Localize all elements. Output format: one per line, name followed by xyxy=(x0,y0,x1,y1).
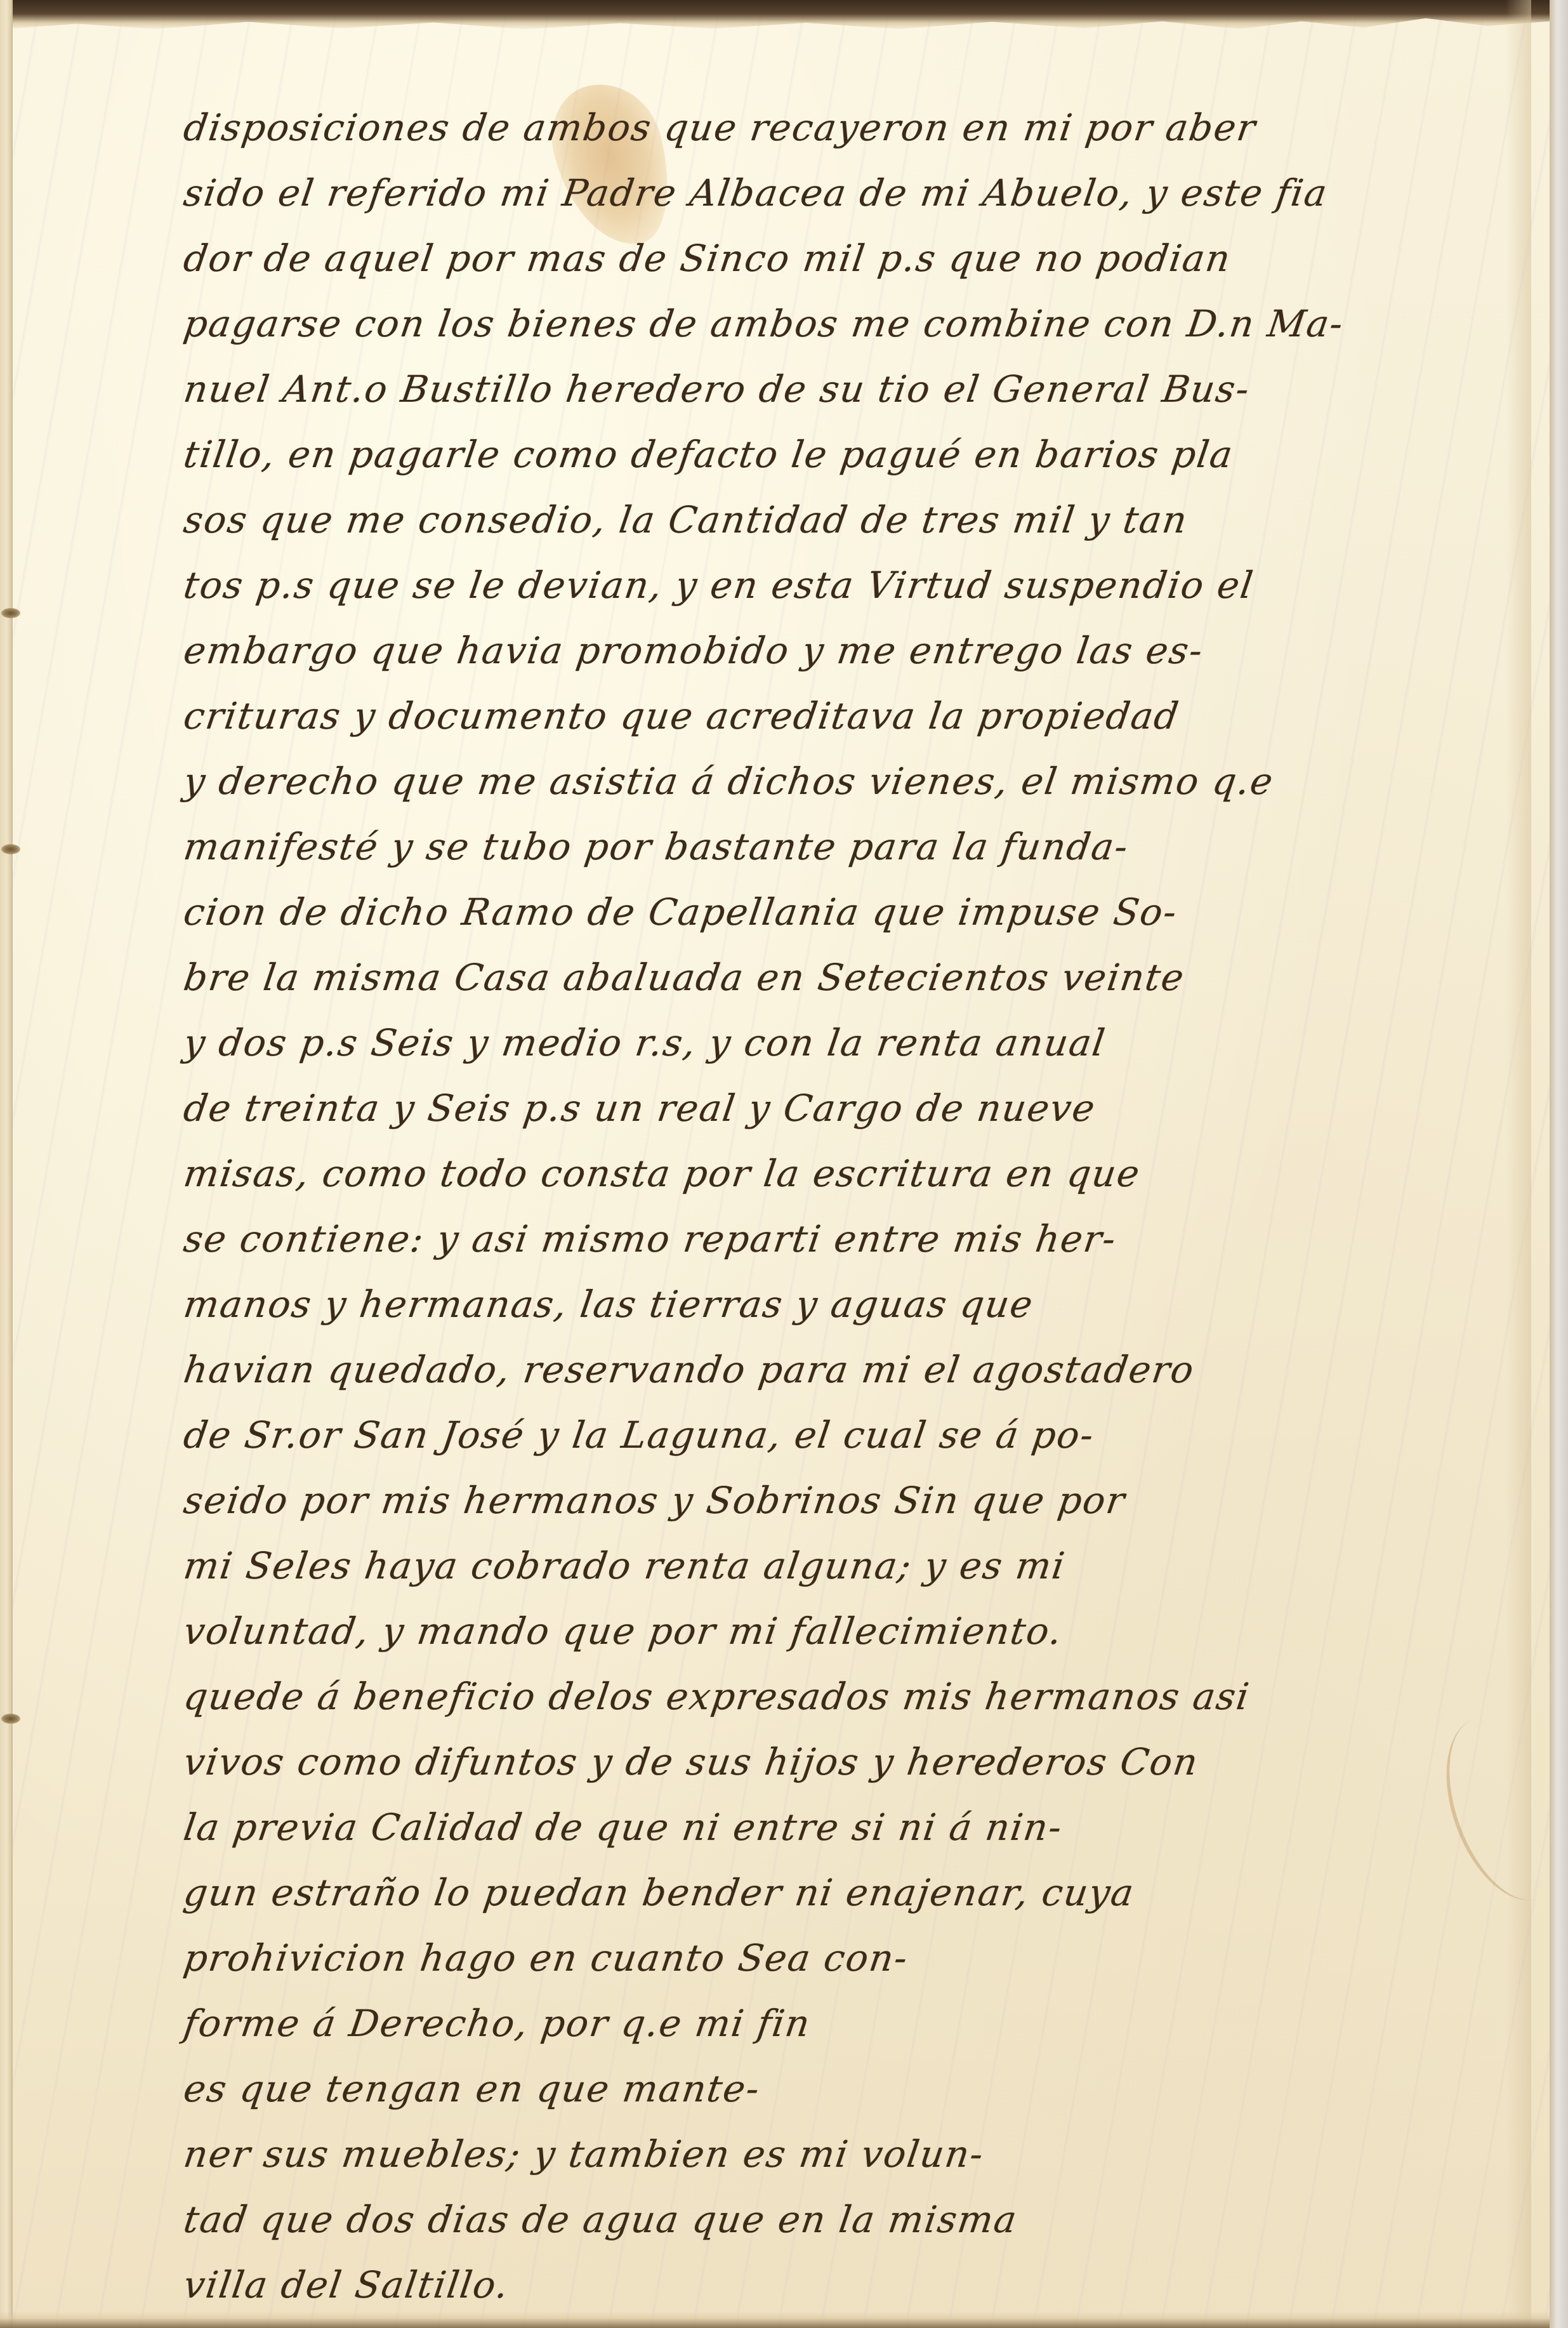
torn-top-edge xyxy=(0,0,1550,30)
page-curl-shadow xyxy=(1506,0,1531,2328)
text-line: tad que dos dias de agua que en la misma xyxy=(180,2187,1394,2252)
text-line: gun estraño lo puedan bender ni enajenar… xyxy=(180,1860,1394,1926)
text-line: y dos p.s Seis y medio r.s, y con la ren… xyxy=(180,1010,1394,1076)
text-line: y derecho que me asistia á dichos vienes… xyxy=(180,749,1394,814)
text-line: nuel Ant.o Bustillo heredero de su tio e… xyxy=(180,357,1394,422)
text-line: forme á Derecho, por q.e mi fin xyxy=(180,1991,1394,2056)
text-line: de treinta y Seis p.s un real y Cargo de… xyxy=(180,1076,1394,1141)
text-line: sido el referido mi Padre Albacea de mi … xyxy=(180,161,1394,226)
text-line: sos que me consedio, la Cantidad de tres… xyxy=(180,487,1394,553)
text-line: tillo, en pagarle como defacto le pagué … xyxy=(180,422,1394,487)
text-line: dor de aquel por mas de Sinco mil p.s qu… xyxy=(180,226,1394,291)
text-line: quede á beneficio delos expresados mis h… xyxy=(180,1664,1394,1729)
text-line: villa del Saltillo. xyxy=(180,2252,1394,2318)
text-line: manos y hermanas, las tierras y aguas qu… xyxy=(180,1272,1394,1337)
text-line: prohivicion hago en cuanto Sea con- xyxy=(180,1926,1394,1991)
binding-stitch xyxy=(1,1714,20,1724)
text-line: seido por mis hermanos y Sobrinos Sin qu… xyxy=(180,1468,1394,1533)
scan-background-edge xyxy=(1550,0,1568,2328)
binding-stitch xyxy=(1,608,20,618)
text-line: voluntad, y mando que por mi fallecimien… xyxy=(180,1599,1394,1664)
text-line: tos p.s que se le devian, y en esta Virt… xyxy=(180,553,1394,618)
text-line: cion de dicho Ramo de Capellania que imp… xyxy=(180,880,1394,945)
text-line: disposiciones de ambos que recayeron en … xyxy=(180,95,1394,161)
text-line: es que tengan en que mante- xyxy=(180,2056,1394,2122)
text-line: pagarse con los bienes de ambos me combi… xyxy=(180,291,1394,357)
text-line: crituras y documento que acreditava la p… xyxy=(180,684,1394,749)
text-line: bre la misma Casa abaluada en Seteciento… xyxy=(180,945,1394,1010)
binding-margin xyxy=(0,0,13,2328)
binding-stitch xyxy=(1,844,20,854)
text-line: embargo que havia promobido y me entrego… xyxy=(180,618,1394,684)
text-line: havian quedado, reservando para mi el ag… xyxy=(180,1337,1394,1403)
text-line: la previa Calidad de que ni entre si ni … xyxy=(180,1795,1394,1860)
text-line: se contiene: y asi mismo reparti entre m… xyxy=(180,1207,1394,1272)
text-line: vivos como difuntos y de sus hijos y her… xyxy=(180,1729,1394,1795)
handwritten-text: disposiciones de ambos que recayeron en … xyxy=(184,95,1390,2318)
text-line: misas, como todo consta por la escritura… xyxy=(180,1141,1394,1207)
text-line: ner sus muebles; y tambien es mi volun- xyxy=(180,2122,1394,2187)
manuscript-page: disposiciones de ambos que recayeron en … xyxy=(0,0,1550,2328)
text-line: mi Seles haya cobrado renta alguna; y es… xyxy=(180,1533,1394,1599)
text-line: de Sr.or San José y la Laguna, el cual s… xyxy=(180,1403,1394,1468)
text-line: manifesté y se tubo por bastante para la… xyxy=(180,814,1394,880)
